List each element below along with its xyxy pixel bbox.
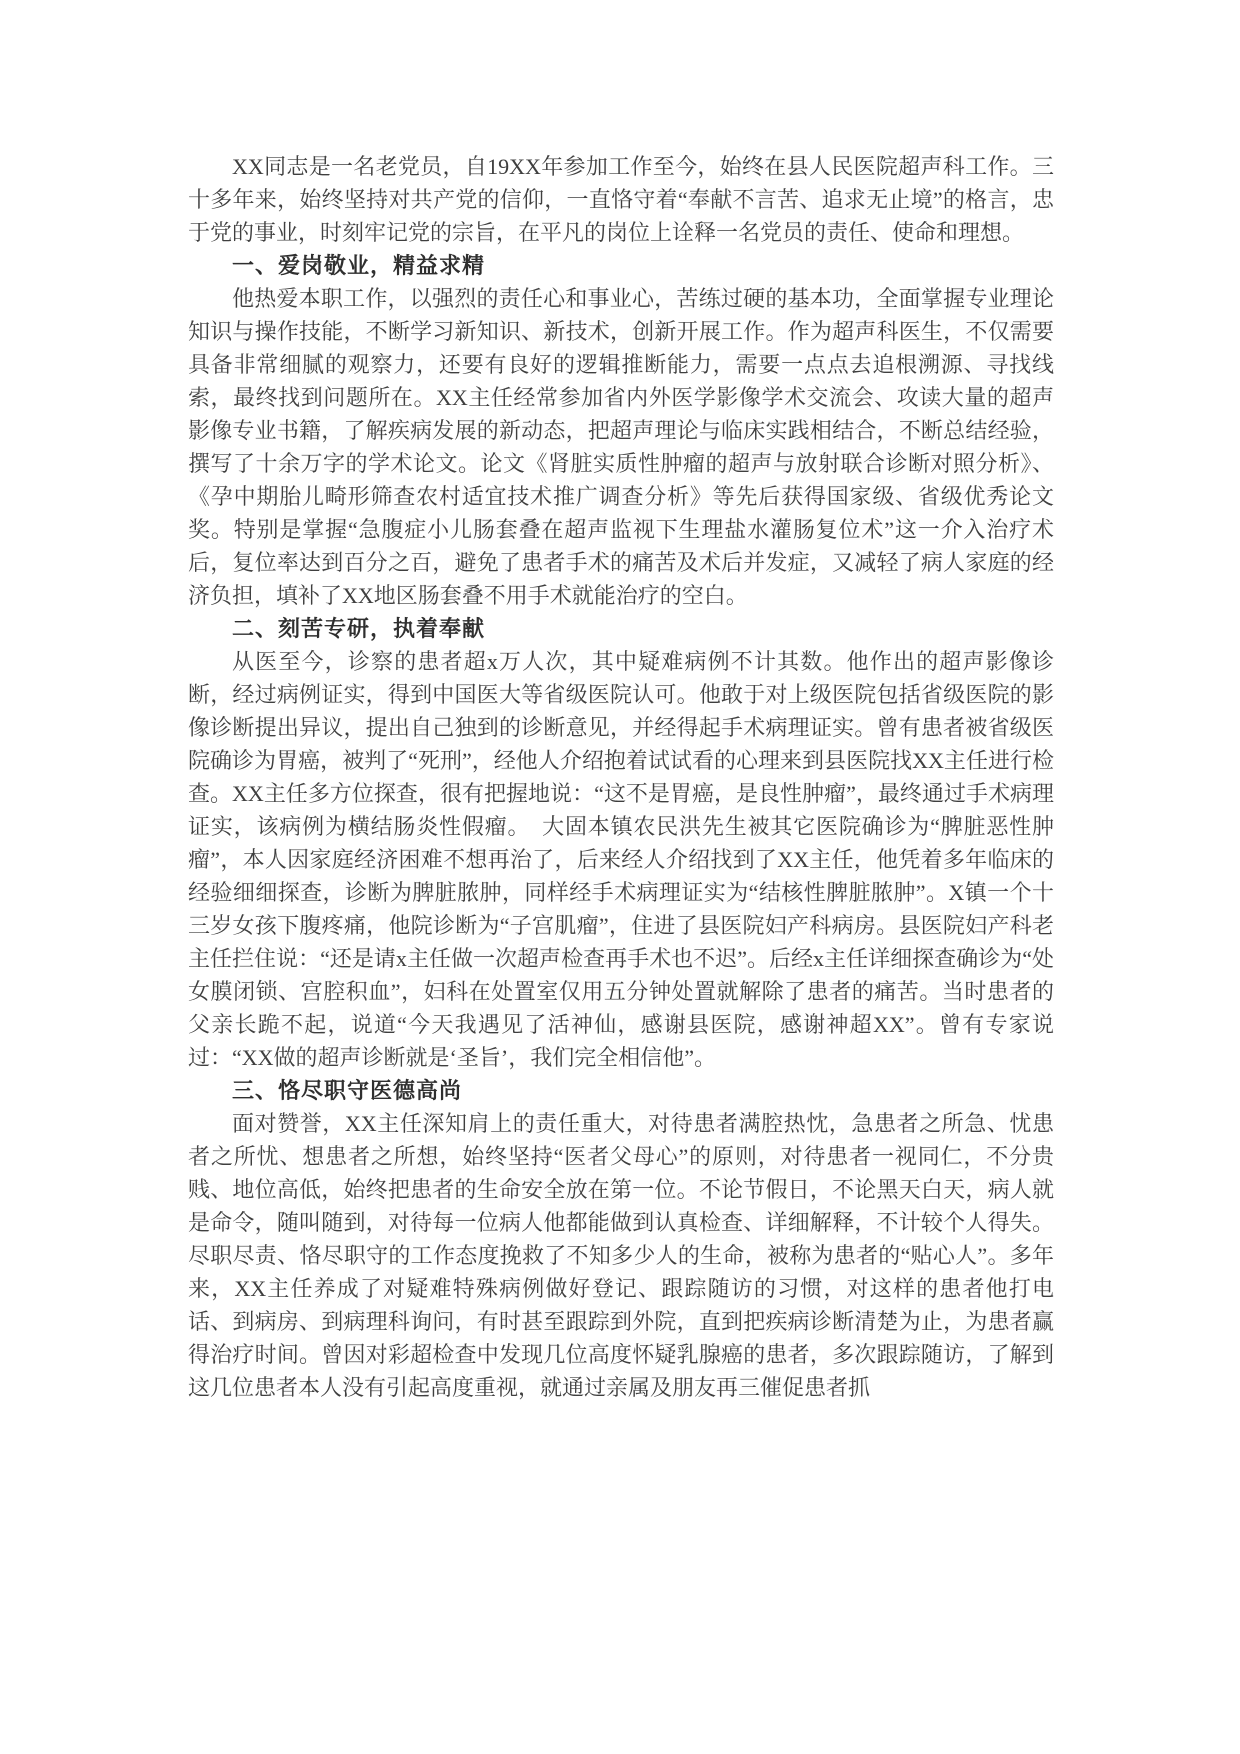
- paragraph-section-1: 他热爱本职工作，以强烈的责任心和事业心，苦练过硬的基本功，全面掌握专业理论知识与…: [188, 282, 1054, 612]
- heading-section-2: 二、刻苦专研，执着奉献: [188, 612, 1054, 645]
- document-content: XX同志是一名老党员，自19XX年参加工作至今，始终在县人民医院超声科工作。三十…: [188, 150, 1054, 1404]
- heading-section-1: 一、爱岗敬业，精益求精: [188, 249, 1054, 282]
- heading-section-3: 三、恪尽职守医德高尚: [188, 1074, 1054, 1107]
- paragraph-section-2: 从医至今，诊察的患者超x万人次，其中疑难病例不计其数。他作出的超声影像诊断，经过…: [188, 645, 1054, 1074]
- paragraph-intro: XX同志是一名老党员，自19XX年参加工作至今，始终在县人民医院超声科工作。三十…: [188, 150, 1054, 249]
- paragraph-section-3: 面对赞誉，XX主任深知肩上的责任重大，对待患者满腔热忱，急患者之所急、忧患者之所…: [188, 1107, 1054, 1404]
- document-page: XX同志是一名老党员，自19XX年参加工作至今，始终在县人民医院超声科工作。三十…: [0, 0, 1240, 1754]
